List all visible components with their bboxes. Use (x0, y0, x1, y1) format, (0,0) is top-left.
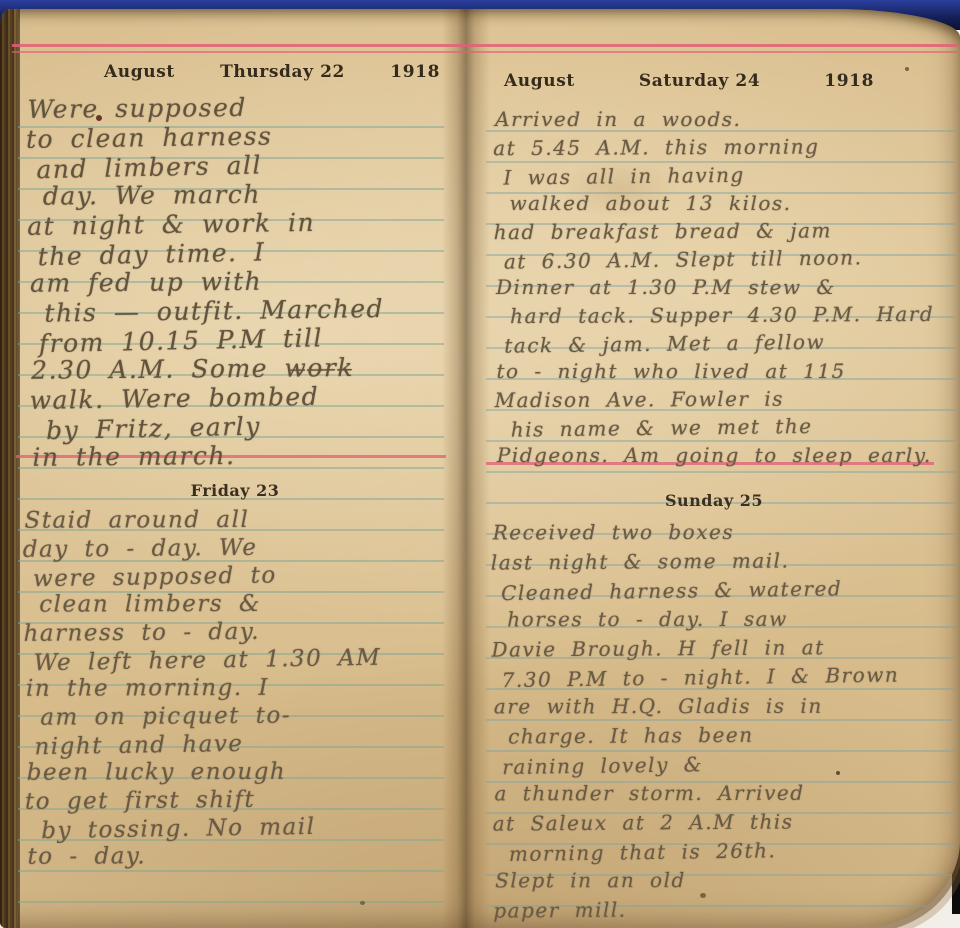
handwriting-line: at Saleux at 2 A.M this (493, 806, 947, 838)
handwriting-line: horses to - day. I saw (507, 605, 945, 635)
right-header-year: 1918 (824, 71, 874, 91)
handwriting-line: We left here at 1.30 AM (34, 643, 446, 677)
handwriting-line: Cleaned harness & watered (501, 573, 945, 608)
handwriting-line: Slept in an old (495, 866, 947, 896)
handwriting-line: tack & jam. Met a fellow (504, 326, 946, 359)
diary-book: August Thursday 22 1918 Were supposedto … (0, 9, 960, 928)
handwriting-line: paper mill. (493, 893, 947, 925)
handwriting-line: in the morning. I (26, 673, 446, 702)
left-header-day: Thursday 22 (220, 62, 345, 82)
handwriting-line: last night & some mail. (491, 545, 945, 577)
handwriting-line: walked about 13 kilos. (510, 189, 946, 217)
handwriting-line: are with H.Q. Gladis is in (494, 692, 946, 722)
handwriting-line: to - day. (27, 841, 447, 870)
handwriting-line: Davie Brough. H fell in at (491, 632, 945, 664)
handwriting-line: Were supposed (27, 91, 443, 124)
speck (360, 901, 365, 905)
right-header-month: August (504, 71, 575, 91)
handwriting-line: Dinner at 1.30 P.M stew & (496, 273, 946, 301)
left-page-subheader: Friday 23 (20, 481, 450, 500)
right-header-day: Saturday 24 (639, 71, 760, 91)
handwriting-line: by tossing. No mail (41, 811, 447, 845)
handwriting-line: raining lovely & (502, 747, 946, 782)
left-page-header: August Thursday 22 1918 (20, 62, 450, 82)
entry-friday-23: Staid around allday to - day. Wewere sup… (22, 504, 447, 872)
handwriting-line: charge. It has been (508, 719, 946, 751)
handwriting-line: to - night who lived at 115 (496, 357, 946, 385)
right-page-header: August Saturday 24 1918 (488, 71, 940, 91)
right-page-subheader: Sunday 25 (488, 491, 940, 510)
handwriting-line: had breakfast bread & jam (494, 216, 946, 246)
handwriting-line: 7.30 P.M to - night. I & Brown (502, 660, 946, 695)
handwriting-line: Pidgeons. Am going to sleep early. (497, 441, 947, 469)
handwriting-line: hard tack. Supper 4.30 P.M. Hard (510, 300, 946, 330)
handwriting-line: day. We march (43, 178, 445, 211)
handwriting-line: a thunder storm. Arrived (494, 779, 946, 809)
handwriting-line: night and have (34, 727, 446, 761)
handwriting-line: were supposed to (33, 559, 445, 593)
top-margin-line-2 (12, 51, 958, 53)
left-header-year: 1918 (390, 62, 440, 82)
handwriting-line: Madison Ave. Fowler is (495, 384, 947, 414)
handwriting-line: Staid around all (24, 505, 444, 534)
handwriting-line: clean limbers & (39, 589, 445, 618)
handwriting-line: morning that is 26th. (509, 834, 947, 869)
top-margin-line (12, 44, 958, 47)
handwriting-line: at 5.45 A.M. this morning (493, 132, 945, 162)
entry-thursday-22: Were supposedto clean harnessand limbers… (25, 90, 448, 473)
page-block-edge (0, 9, 20, 928)
handwriting-line: Arrived in a woods. (495, 105, 945, 133)
handwriting-line: at 6.30 A.M. Slept till noon. (504, 242, 946, 275)
entry-saturday-24: Arrived in a woods.at 5.45 A.M. this mor… (493, 104, 947, 470)
handwriting-line: 2.30 A.M. Some w̶o̶r̶k̶ (31, 352, 447, 385)
handwriting-line: I was all in having (503, 158, 945, 191)
handwriting-line: been lucky enough (27, 757, 447, 786)
handwriting-line: his name & we met the (511, 410, 947, 443)
handwriting-line: Received two boxes (493, 518, 945, 548)
handwriting-line: in the march. (32, 439, 448, 472)
handwriting-line: am fed up with (30, 265, 446, 298)
book-spine (442, 9, 490, 928)
diary-scan: August Thursday 22 1918 Were supposedto … (0, 0, 960, 928)
entry-sunday-25: Received two boxeslast night & some mail… (491, 516, 948, 925)
left-header-month: August (104, 62, 175, 82)
